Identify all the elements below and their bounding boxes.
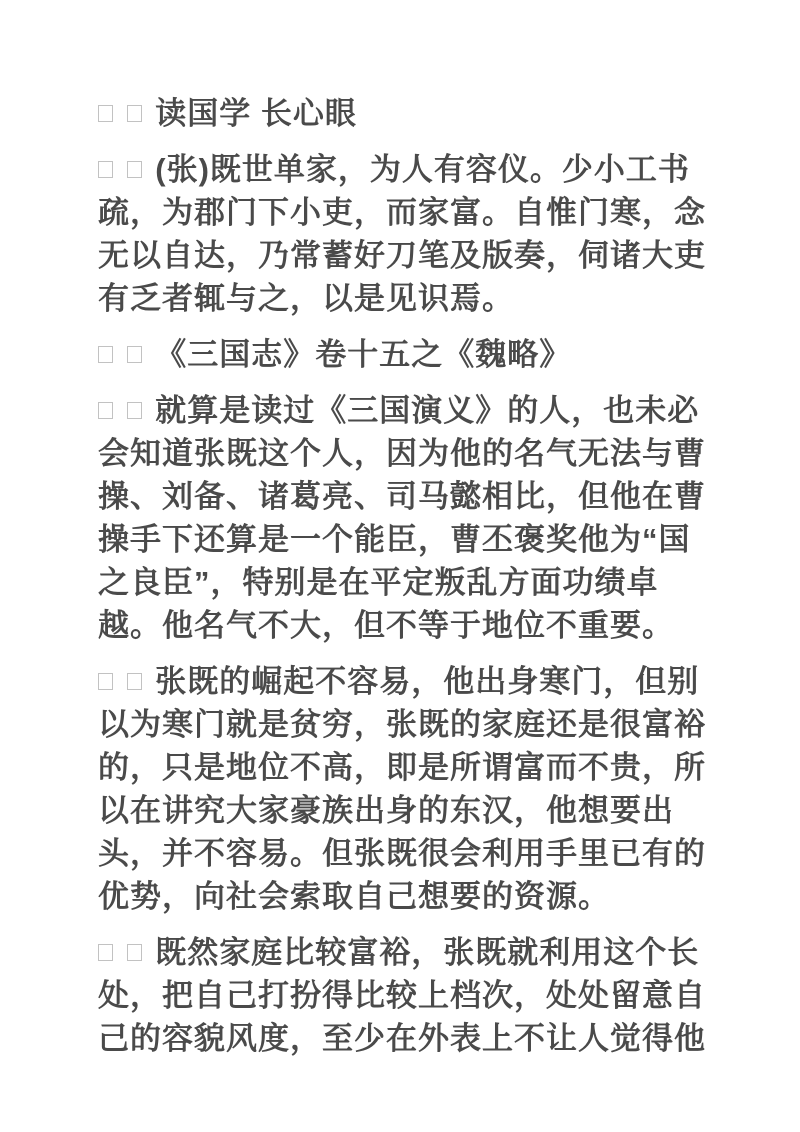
paragraph-zhangji-intro: 就算是读过《三国演义》的人，也未必会知道张既这个人，因为他的名气无法与曹操、刘备… (98, 389, 708, 647)
missing-glyph-box (127, 105, 142, 122)
heading-read-classics: 读国学 长心眼 (98, 92, 708, 135)
missing-glyph-box (127, 402, 142, 419)
missing-glyph-box (98, 161, 113, 178)
document-page: 读国学 长心眼 (张)既世单家，为人有容仪。少小工书疏，为郡门下小吏，而家富。自… (0, 0, 800, 1132)
missing-glyph-box (127, 944, 142, 961)
missing-glyph-box (127, 346, 142, 363)
paragraph-quote-sanguozhi: (张)既世单家，为人有容仪。少小工书疏，为郡门下小吏，而家富。自惟门寒，念无以自… (98, 148, 708, 320)
paragraph-text: 张既的崛起不容易，他出身寒门，但别以为寒门就是贫穷，张既的家庭还是很富裕的，只是… (98, 664, 706, 914)
heading-source-citation: 《三国志》卷十五之《魏略》 (98, 333, 708, 376)
paragraph-text: 既然家庭比较富裕，张既就利用这个长处，把自己打扮得比较上档次，处处留意自己的容貌… (98, 935, 706, 1056)
paragraph-text: 就算是读过《三国演义》的人，也未必会知道张既这个人，因为他的名气无法与曹操、刘备… (98, 393, 706, 643)
missing-glyph-box (127, 673, 142, 690)
paragraph-zhangji-background: 张既的崛起不容易，他出身寒门，但别以为寒门就是贫穷，张既的家庭还是很富裕的，只是… (98, 660, 708, 918)
paragraph-text: 《三国志》卷十五之《魏略》 (155, 337, 571, 372)
missing-glyph-box (98, 673, 113, 690)
missing-glyph-box (98, 105, 113, 122)
missing-glyph-box (98, 402, 113, 419)
missing-glyph-box (127, 161, 142, 178)
missing-glyph-box (98, 944, 113, 961)
paragraph-text: (张)既世单家，为人有容仪。少小工书疏，为郡门下小吏，而家富。自惟门寒，念无以自… (98, 152, 706, 316)
paragraph-text: 读国学 长心眼 (155, 96, 357, 131)
missing-glyph-box (98, 346, 113, 363)
paragraph-zhangji-appearance: 既然家庭比较富裕，张既就利用这个长处，把自己打扮得比较上档次，处处留意自己的容貌… (98, 931, 708, 1060)
